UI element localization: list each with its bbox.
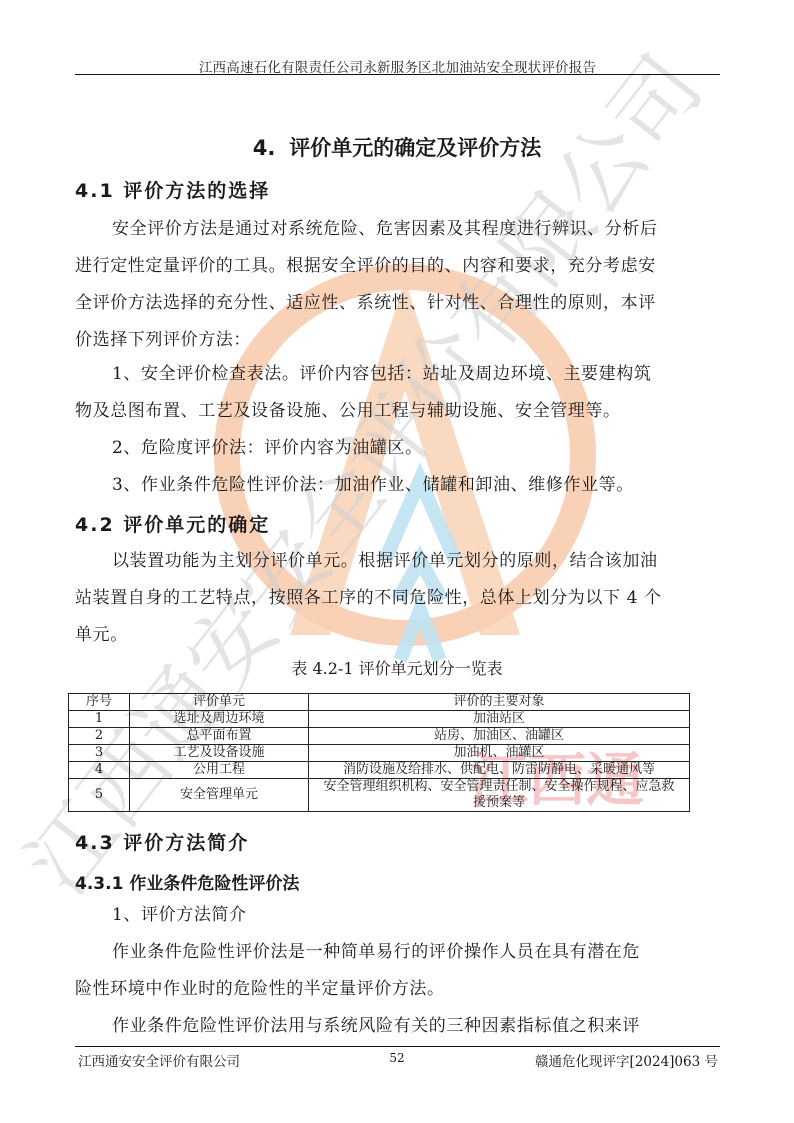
column-header-unit: 评价单元 — [130, 694, 309, 711]
evaluation-units-table: 序号 评价单元 评价的主要对象 1 选址及周边环境 加油站区 2 总平面布置 站… — [68, 693, 690, 812]
table-header-row: 序号 评价单元 评价的主要对象 — [69, 694, 690, 711]
cell-no: 2 — [69, 728, 130, 745]
text-line: 单元。 — [75, 617, 720, 654]
text-line: 全评价方法选择的充分性、适应性、系统性、针对性、合理性的原则，本评 — [75, 285, 720, 322]
cell-no: 5 — [69, 779, 130, 812]
cell-object: 加油机、油罐区 — [309, 745, 690, 762]
section-4-3-1-body: 1、评价方法简介 作业条件危险性评价法是一种简单易行的评价操作人员在具有潜在危 … — [75, 897, 720, 1045]
sub-item-1: 1、评价方法简介 — [75, 897, 720, 934]
text-line: 作业条件危险性评价法用与系统风险有关的三种因素指标值之积来评 — [75, 1008, 720, 1045]
table-row: 5 安全管理单元 安全管理组织机构、安全管理责任制、安全操作规程、应急救 援预案… — [69, 779, 690, 812]
section-heading-4-1: 4.1 评价方法的选择 — [75, 176, 270, 203]
report-number: 赣通危化现评字[2024]063 号 — [535, 1050, 718, 1070]
text-line: 险性环境中作业时的危险性的半定量评价方法。 — [75, 971, 720, 1008]
method-item-2: 2、危险度评价法：评价内容为油罐区。 — [75, 430, 720, 467]
document-page: 江西高速石化有限责任公司永新服务区北加油站安全现状评价报告 4.评价单元的确定及… — [0, 0, 794, 1123]
cell-object: 消防设施及给排水、供配电、防雷防静电、采暖通风等 — [309, 762, 690, 779]
table-caption: 表 4.2-1 评价单元划分一览表 — [0, 656, 794, 679]
table-row: 2 总平面布置 站房、加油区、油罐区 — [69, 728, 690, 745]
cell-unit: 安全管理单元 — [130, 779, 309, 812]
footer-rule — [75, 1046, 720, 1047]
cell-object: 加油站区 — [309, 711, 690, 728]
text-line: 进行定性定量评价的工具。根据安全评价的目的、内容和要求，充分考虑安 — [75, 248, 720, 285]
text-line: 价选择下列评价方法： — [75, 322, 720, 359]
text-line: 安全评价方法是通过对系统危险、危害因素及其程度进行辨识、分析后 — [75, 211, 720, 248]
table-row: 3 工艺及设备设施 加油机、油罐区 — [69, 745, 690, 762]
text-line: 作业条件危险性评价法是一种简单易行的评价操作人员在具有潜在危 — [75, 934, 720, 971]
cell-unit: 总平面布置 — [130, 728, 309, 745]
cell-object: 安全管理组织机构、安全管理责任制、安全操作规程、应急救 援预案等 — [309, 779, 690, 812]
table-row: 1 选址及周边环境 加油站区 — [69, 711, 690, 728]
section-heading-4-2: 4.2 评价单元的确定 — [75, 510, 270, 537]
column-header-object: 评价的主要对象 — [309, 694, 690, 711]
method-list: 1、安全评价检查表法。评价内容包括：站址及周边环境、主要建构筑 物及总图布置、工… — [75, 356, 720, 504]
section-4-2-body: 以装置功能为主划分评价单元。根据评价单元划分的原则，结合该加油 站装置自身的工艺… — [75, 543, 720, 654]
header-rule — [75, 74, 720, 75]
chapter-title: 4.评价单元的确定及评价方法 — [0, 132, 794, 162]
cell-unit: 工艺及设备设施 — [130, 745, 309, 762]
cell-no: 4 — [69, 762, 130, 779]
column-header-no: 序号 — [69, 694, 130, 711]
text-line: 以装置功能为主划分评价单元。根据评价单元划分的原则，结合该加油 — [75, 543, 720, 580]
method-item-1-cont: 物及总图布置、工艺及设备设施、公用工程与辅助设施、安全管理等。 — [75, 393, 720, 430]
cell-object: 站房、加油区、油罐区 — [309, 728, 690, 745]
cell-unit: 公用工程 — [130, 762, 309, 779]
section-heading-4-3: 4.3 评价方法简介 — [75, 828, 249, 855]
cell-unit: 选址及周边环境 — [130, 711, 309, 728]
chapter-number: 4. — [253, 136, 276, 160]
cell-no: 3 — [69, 745, 130, 762]
running-header: 江西高速石化有限责任公司永新服务区北加油站安全现状评价报告 — [75, 56, 720, 76]
text-line: 站装置自身的工艺特点，按照各工序的不同危险性，总体上划分为以下 4 个 — [75, 580, 720, 617]
method-item-1: 1、安全评价检查表法。评价内容包括：站址及周边环境、主要建构筑 — [75, 356, 720, 393]
chapter-title-text: 评价单元的确定及评价方法 — [289, 136, 541, 160]
cell-no: 1 — [69, 711, 130, 728]
method-item-3: 3、作业条件危险性评价法：加油作业、储罐和卸油、维修作业等。 — [75, 467, 720, 504]
section-heading-4-3-1: 4.3.1 作业条件危险性评价法 — [75, 869, 299, 894]
table-row: 4 公用工程 消防设施及给排水、供配电、防雷防静电、采暖通风等 — [69, 762, 690, 779]
section-4-1-intro: 安全评价方法是通过对系统危险、危害因素及其程度进行辨识、分析后 进行定性定量评价… — [75, 211, 720, 359]
cell-object-line: 安全管理组织机构、安全管理责任制、安全操作规程、应急救 — [311, 779, 687, 795]
cell-object-line: 援预案等 — [311, 795, 687, 811]
